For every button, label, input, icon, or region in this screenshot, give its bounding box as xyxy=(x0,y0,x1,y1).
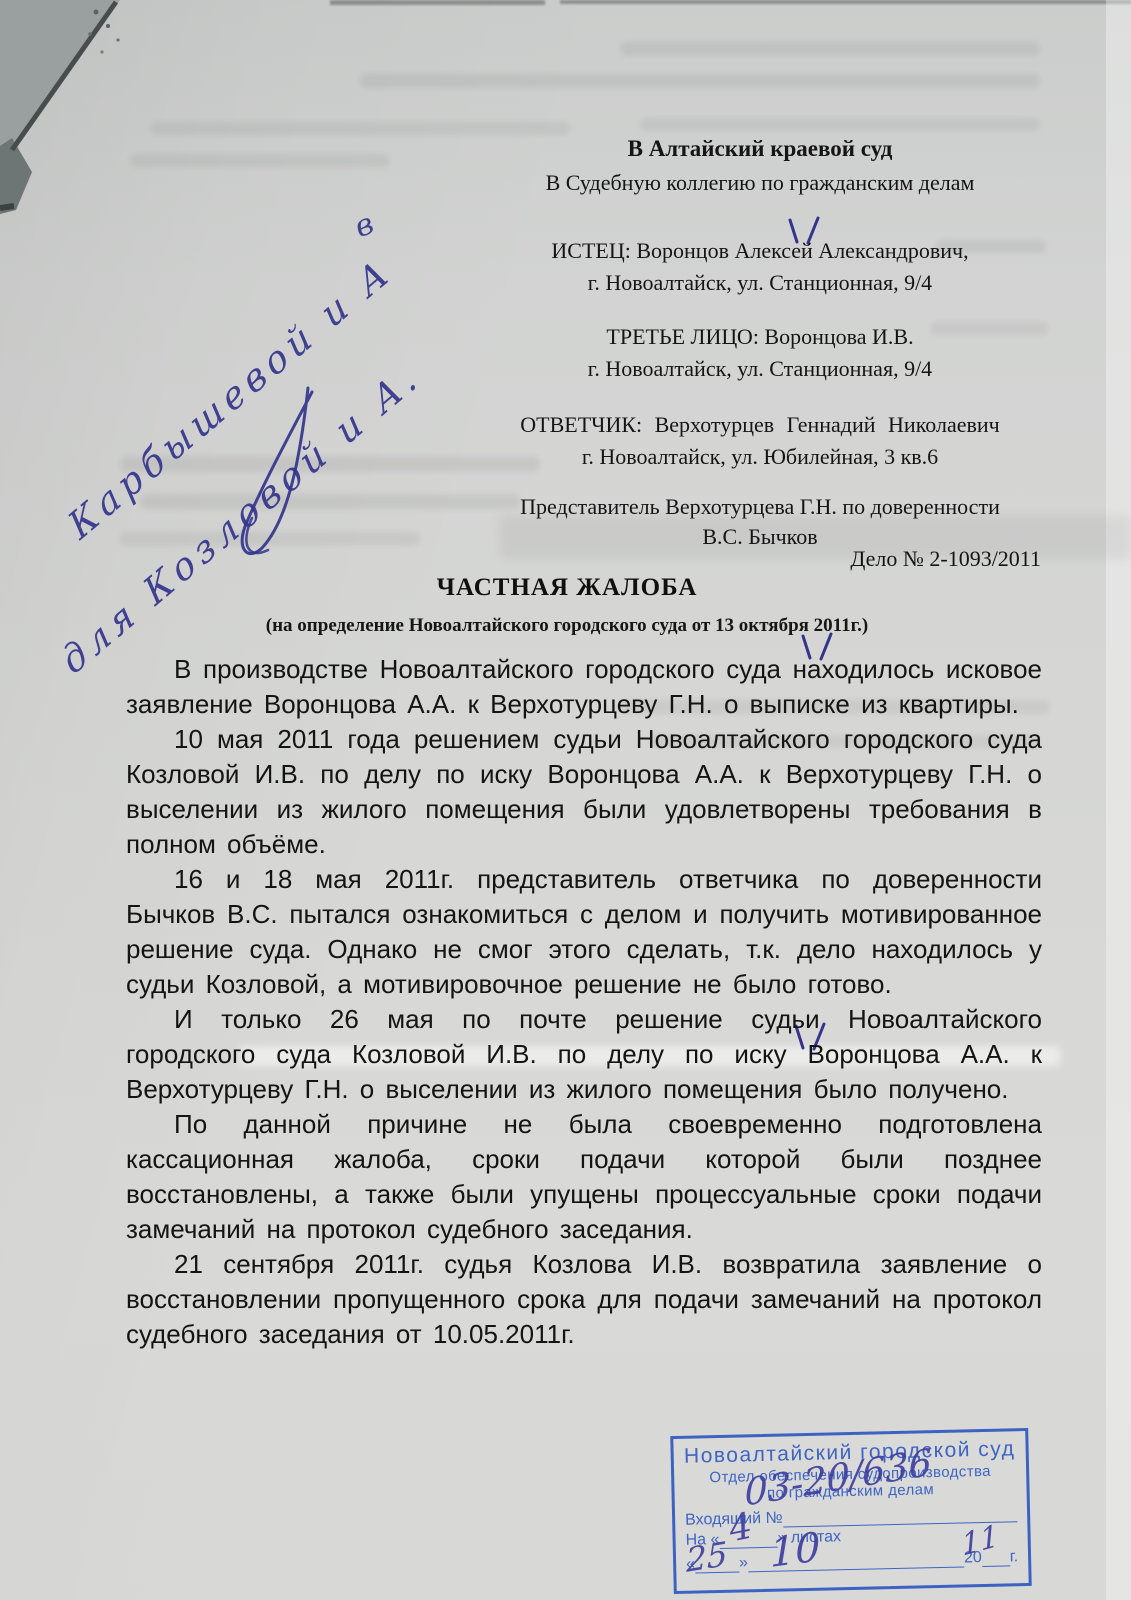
document-title: ЧАСТНАЯ ЖАЛОБА xyxy=(122,574,1012,602)
case-number: Дело № 2-1093/2011 xyxy=(126,546,1041,572)
defendant-line: ОТВЕТЧИК: Верхотурцев Геннадий Николаеви… xyxy=(500,412,1020,438)
representative-line: Представитель Верхотурцева Г.Н. по довер… xyxy=(500,494,1020,520)
third-party-address: г. Новоалтайск, ул. Станционная, 9/4 xyxy=(500,356,1020,382)
defendant-address: г. Новоалтайск, ул. Юбилейная, 3 кв.6 xyxy=(500,444,1020,470)
body-paragraph: 21 сентября 2011г. судья Козлова И.В. во… xyxy=(126,1247,1042,1352)
bleedthrough-text xyxy=(640,118,1040,131)
court-name-line: В Алтайский краевой суд xyxy=(500,136,1020,162)
scanned-document-page: в Карбышевой и А для Козловой и А. В Алт… xyxy=(0,0,1131,1600)
scan-edge-light xyxy=(1106,0,1131,1600)
court-collegium-line: В Судебную коллегию по гражданским делам xyxy=(500,170,1020,196)
plaintiff-address: г. Новоалтайск, ул. Станционная, 9/4 xyxy=(500,270,1020,296)
body-paragraph: В производстве Новоалтайского городского… xyxy=(126,652,1042,722)
body-paragraph: По данной причине не была своевременно п… xyxy=(126,1107,1042,1247)
stamp-year-suffix: г. xyxy=(1010,1548,1019,1566)
stamp-date-quote-close: » xyxy=(739,1554,748,1572)
stamp-day-handwritten: 25 xyxy=(686,1534,728,1580)
court-registration-stamp: Новоалтайский городской суд Отдел обеспе… xyxy=(670,1428,1031,1594)
body-paragraph: 10 мая 2011 года решением судьи Новоалта… xyxy=(126,722,1042,862)
bleedthrough-text xyxy=(620,42,1040,56)
handwritten-flourish-loop xyxy=(0,0,500,620)
document-header-block: В Алтайский краевой суд В Судебную колле… xyxy=(500,136,1020,550)
third-party-line: ТРЕТЬЕ ЛИЦО: Воронцова И.В. xyxy=(500,324,1020,350)
plaintiff-line: ИСТЕЦ: Воронцов Алексей Александрович, xyxy=(500,238,1020,264)
body-paragraph: И только 26 мая по почте решение судьи Н… xyxy=(126,1002,1042,1107)
document-body: В производстве Новоалтайского городского… xyxy=(126,652,1042,1352)
scan-edge-artifact xyxy=(560,0,1131,4)
stamp-month-handwritten: 10 xyxy=(769,1524,821,1577)
body-paragraph: 16 и 18 мая 2011г. представитель ответчи… xyxy=(126,862,1042,1002)
document-subtitle: (на определение Новоалтайского городског… xyxy=(122,615,1012,637)
